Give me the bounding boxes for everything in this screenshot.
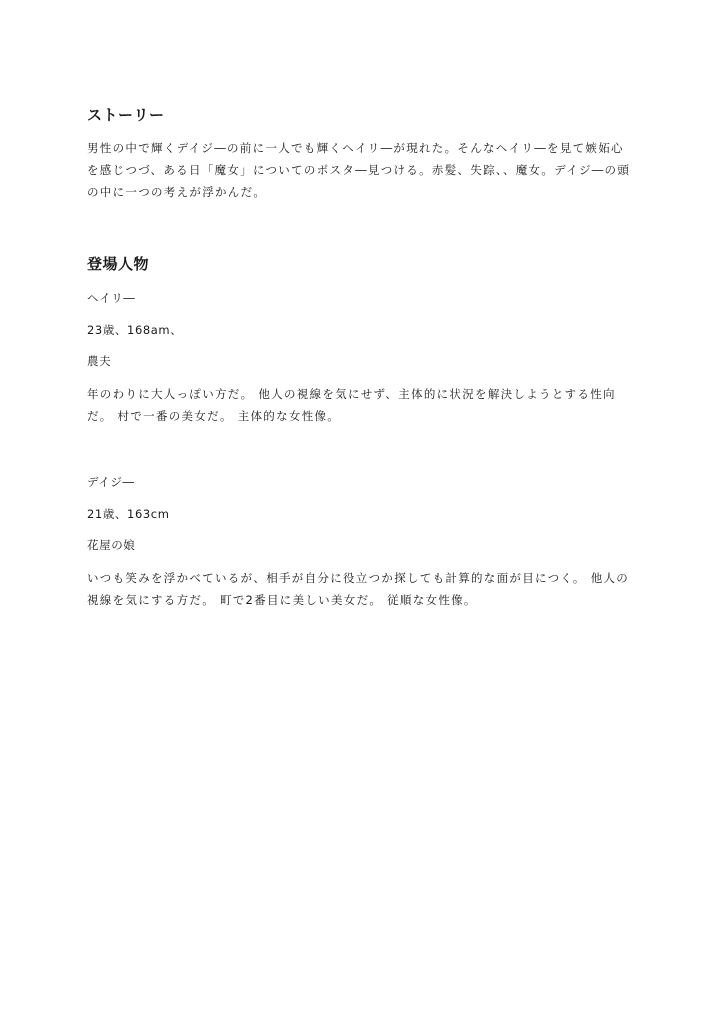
characters-heading: 登場人物 bbox=[87, 253, 149, 274]
character-occupation: 農夫 bbox=[87, 353, 111, 369]
story-body: 男性の中で輝くデイジ―の前に一人でも輝くヘイリ―が現れた。そんなヘイリ―を見て嫉… bbox=[87, 137, 635, 203]
character-stats: 23歳、168am、 bbox=[87, 322, 182, 338]
character-occupation: 花屋の娘 bbox=[87, 537, 135, 553]
character-description: 年のわりに大人っぽい方だ。 他人の視線を気にせず、主体的に状況を解決しようとする… bbox=[87, 383, 635, 427]
character-name: ヘイリ― bbox=[87, 290, 135, 306]
character-description: いつも笑みを浮かべているが、相手が自分に役立つか探しても計算的な面が目につく。 … bbox=[87, 567, 635, 611]
character-name: デイジ― bbox=[87, 474, 135, 490]
character-stats: 21歳、163cm bbox=[87, 506, 170, 522]
story-heading: ストーリー bbox=[87, 104, 165, 125]
